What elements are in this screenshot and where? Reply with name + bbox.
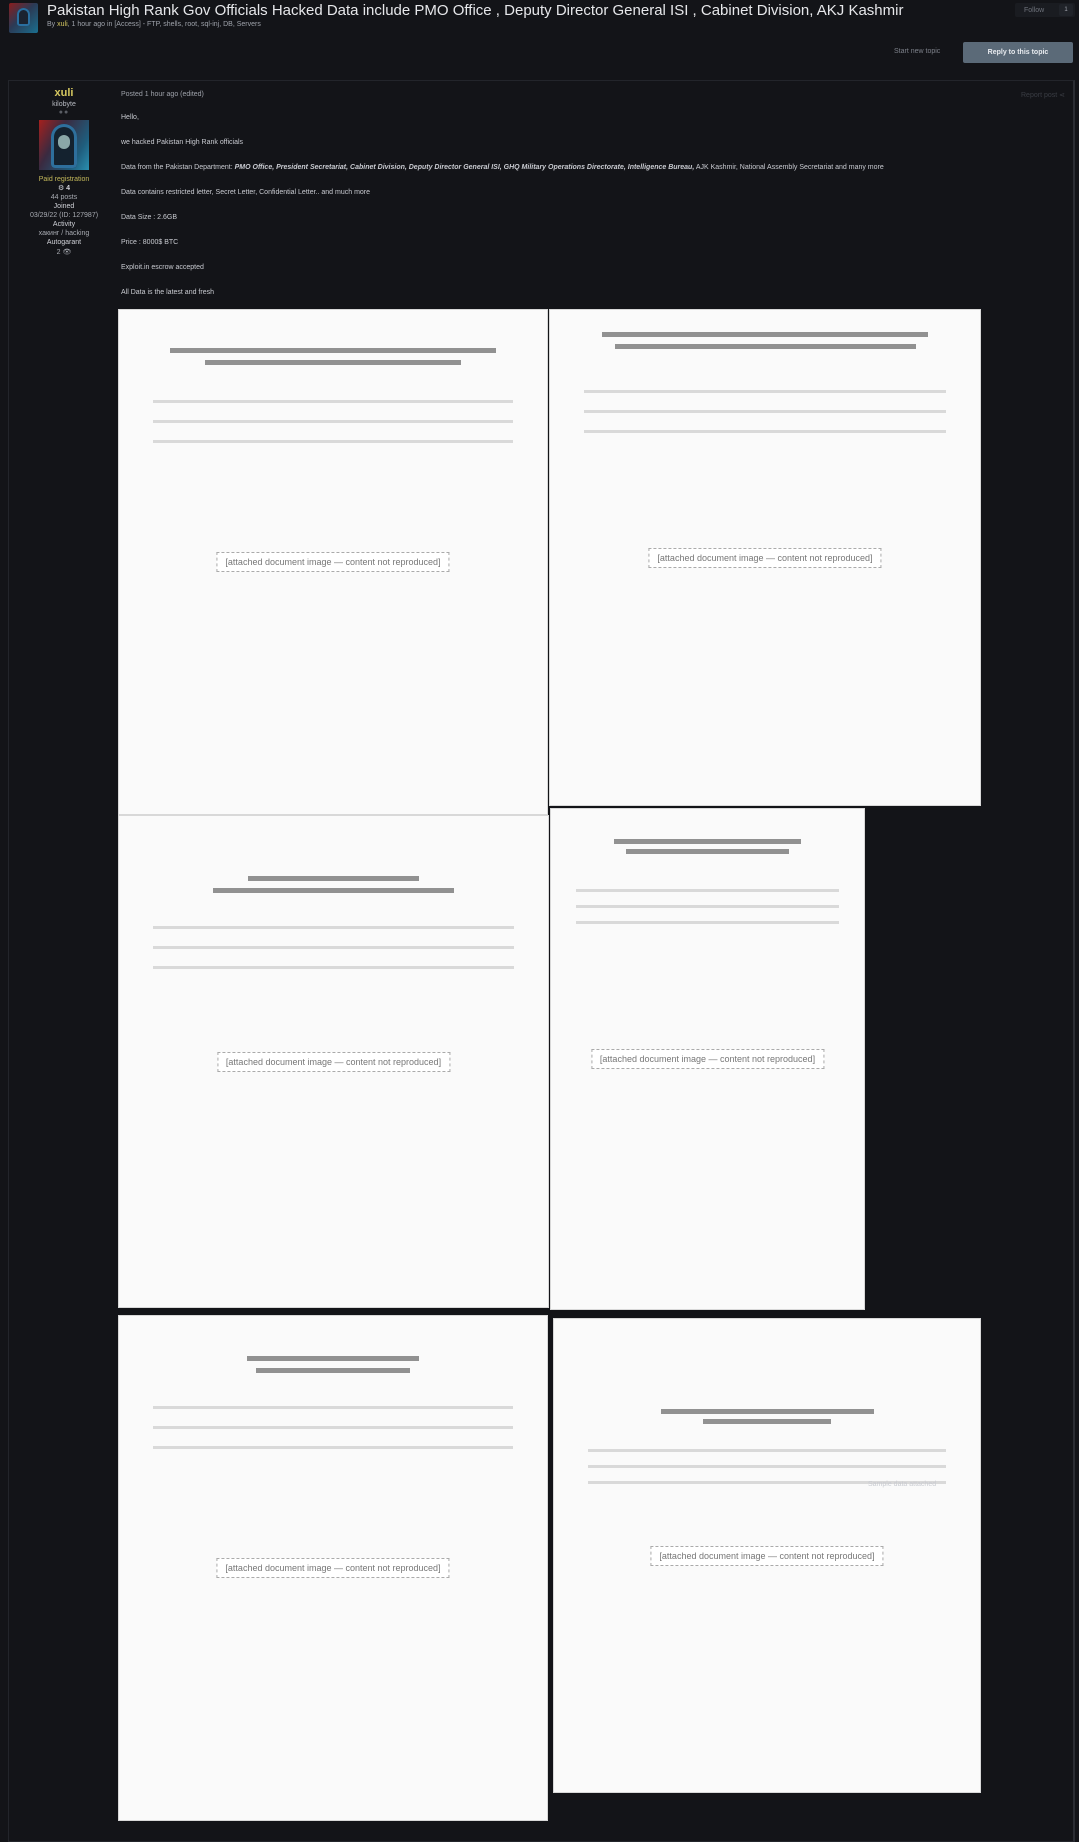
attachments-note: Sample data attached [868,1481,936,1488]
follower-count: 1 [1059,4,1073,16]
attachment-image[interactable]: [attached document image — content not r… [553,1318,981,1793]
topic-author-avatar[interactable] [9,3,38,33]
attachment-image[interactable]: [attached document image — content not r… [118,309,548,815]
departments-prefix: Data from the Pakistan Department: [121,164,235,171]
post-data-size: Data Size : 2.6GB [121,214,177,221]
topic-header: Pakistan High Rank Gov Officials Hacked … [0,0,1079,40]
topic-byline: By xuli, 1 hour ago in [Access] - FTP, s… [47,21,261,28]
autogarant-value: 2 👁 [9,248,119,256]
author-rank: kilobyte [9,101,119,108]
post-timestamp[interactable]: Posted 1 hour ago (edited) [121,91,204,98]
post-greeting: Hello, [121,114,139,121]
post-escrow: Exploit.in escrow accepted [121,264,204,271]
attachment-image[interactable]: [attached document image — content not r… [118,1315,548,1821]
attachment-image[interactable]: [attached document image — content not r… [550,808,865,1310]
departments-emphasis: PMO Office, President Secretariat, Cabin… [235,164,695,171]
byline-forum[interactable]: , 1 hour ago in [Access] - FTP, shells, … [68,21,261,28]
author-name[interactable]: xuli [9,87,119,99]
author-avatar[interactable] [39,120,89,170]
joined-label: Joined [9,203,119,210]
post-departments: Data from the Pakistan Department: PMO O… [121,164,884,171]
author-post-count: 44 posts [9,194,119,201]
attachment-placeholder: [attached document image — content not r… [591,1049,824,1069]
attachment-placeholder: [attached document image — content not r… [650,1546,883,1566]
author-reputation: ⚙ 4 [9,184,119,192]
attachment-placeholder: [attached document image — content not r… [216,552,449,572]
post-freshness: All Data is the latest and fresh [121,289,214,296]
post-intro: we hacked Pakistan High Rank officials [121,139,243,146]
departments-suffix: AJK Kashmir, National Assembly Secretari… [694,164,883,171]
follow-label: Follow [1015,7,1059,14]
activity-value: хакинг / hacking [9,230,119,237]
rank-pips-icon: ●● [9,109,119,116]
attachment-image[interactable]: [attached document image — content not r… [118,815,549,1308]
post-price: Price : 8000$ BTC [121,239,178,246]
attachment-placeholder: [attached document image — content not r… [216,1558,449,1578]
post-contents: Data contains restricted letter, Secret … [121,189,370,196]
follow-button[interactable]: Follow 1 [1015,3,1075,17]
attachment-placeholder: [attached document image — content not r… [217,1052,450,1072]
byline-prefix: By [47,21,57,28]
activity-label: Activity [9,221,119,228]
byline-author-link[interactable]: xuli [57,21,68,28]
autogarant-label: Autogarant [9,239,119,246]
attachment-placeholder: [attached document image — content not r… [648,548,881,568]
author-panel: xuli kilobyte ●● Paid registration ⚙ 4 4… [9,81,119,256]
report-post-link[interactable]: Report post ⋖ [1021,91,1065,99]
start-new-topic-link[interactable]: Start new topic [894,48,940,55]
attachment-image[interactable]: [attached document image — content not r… [549,309,981,806]
joined-value: 03/29/22 (ID: 127987) [9,212,119,219]
author-badge: Paid registration [9,176,119,183]
topic-title: Pakistan High Rank Gov Officials Hacked … [47,2,903,19]
reply-to-topic-button[interactable]: Reply to this topic [963,42,1073,63]
